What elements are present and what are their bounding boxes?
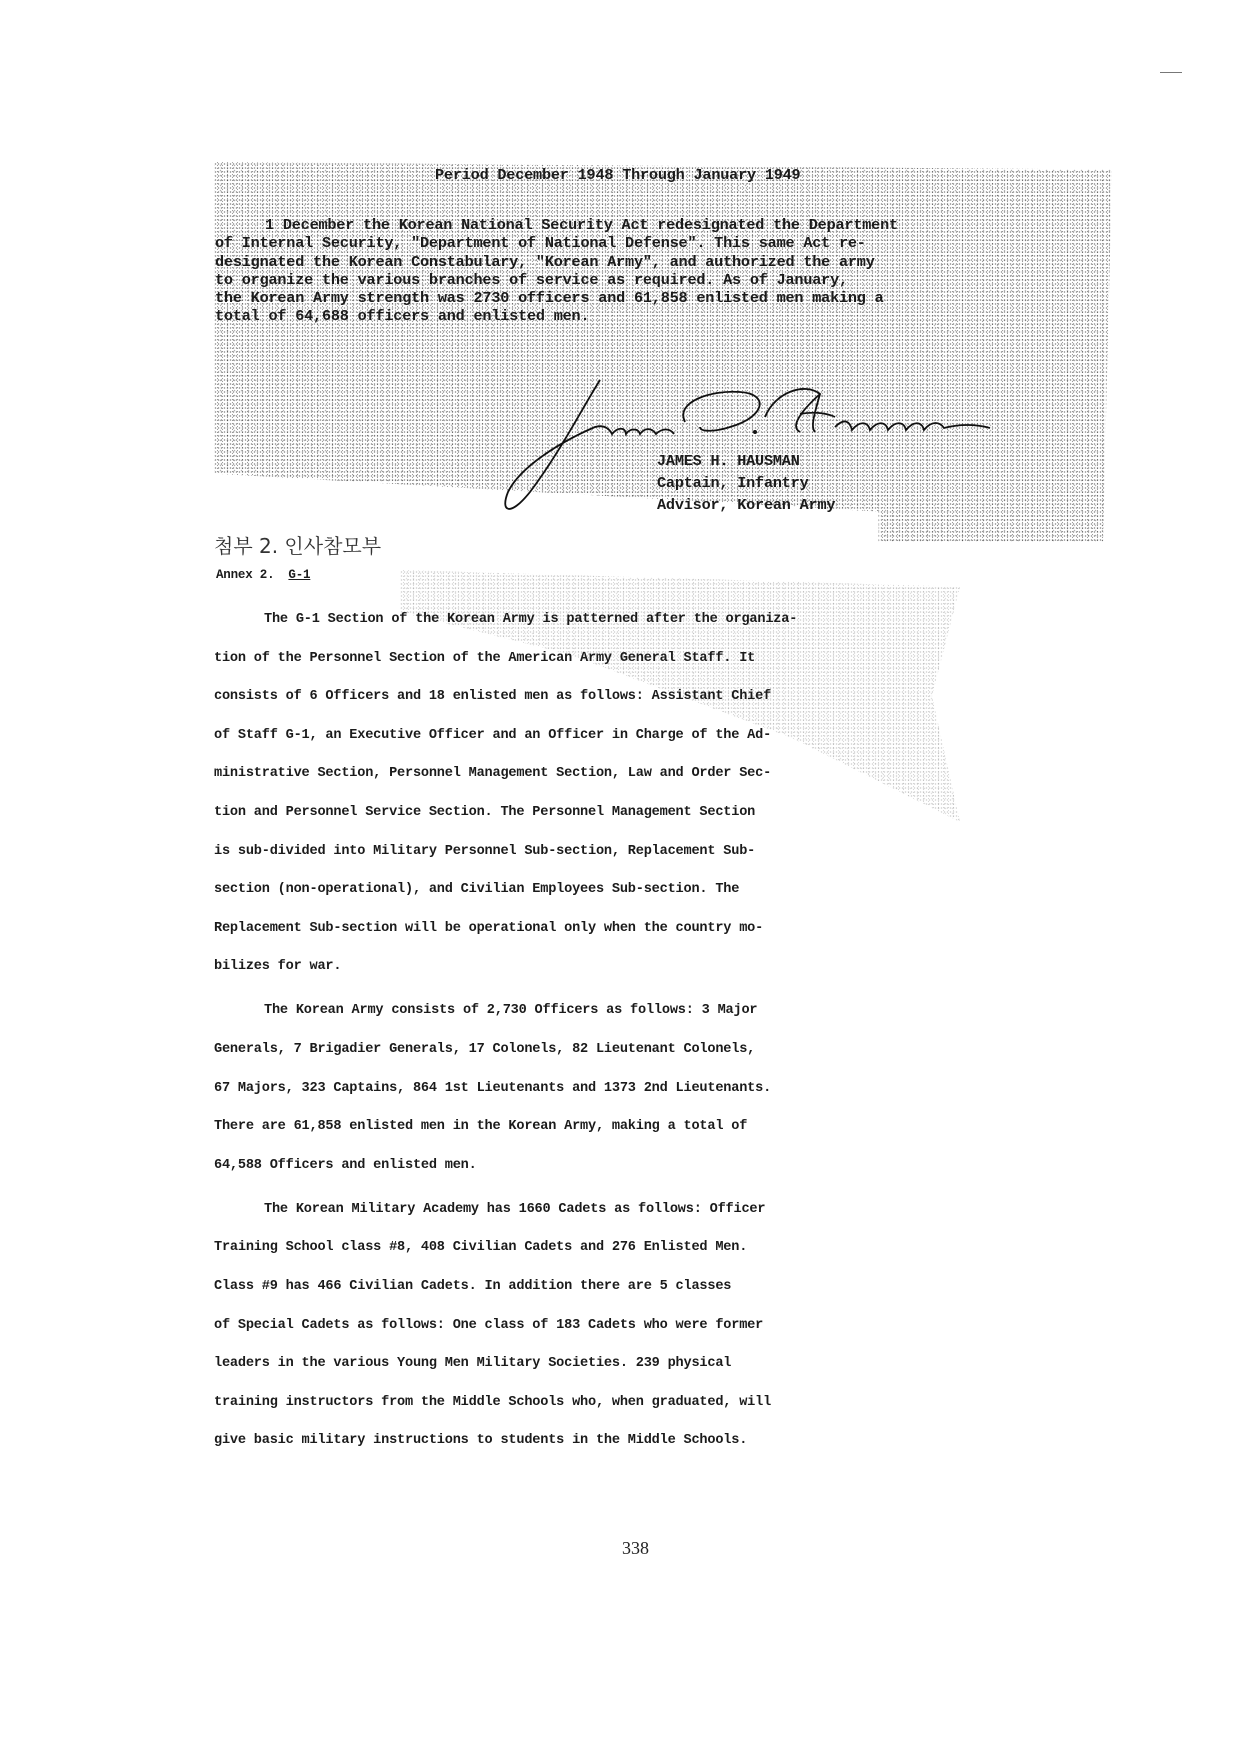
body-line: Training School class #8, 408 Civilian C… [214, 1234, 934, 1273]
body-line: The Korean Army consists of 2,730 Office… [214, 997, 934, 1036]
body-line: give basic military instructions to stud… [214, 1427, 934, 1466]
body-line: Replacement Sub-section will be operatio… [214, 915, 934, 954]
signatory-position: Advisor, Korean Army [657, 494, 835, 516]
body-line: training instructors from the Middle Sch… [214, 1389, 934, 1428]
signature-block: JAMES H. HAUSMAN Captain, Infantry Advis… [657, 450, 835, 516]
annex-label: Annex 2.G-1 [216, 568, 310, 582]
paragraph-line: 1 December the Korean National Security … [215, 216, 1115, 234]
period-paragraph: 1 December the Korean National Security … [215, 216, 1115, 326]
body-line: There are 61,858 enlisted men in the Kor… [214, 1113, 934, 1152]
annex-number: Annex 2. [216, 568, 274, 582]
annex-section-g1: G-1 [288, 568, 310, 582]
document-page: Period December 1948 Through January 194… [0, 0, 1240, 1754]
body-line: Generals, 7 Brigadier Generals, 17 Colon… [214, 1036, 934, 1075]
scan-mark-dash [1160, 72, 1182, 73]
paragraph-line: of Internal Security, "Department of Nat… [215, 234, 1115, 252]
signatory-name: JAMES H. HAUSMAN [657, 450, 835, 472]
body-line: Class #9 has 466 Civilian Cadets. In add… [214, 1273, 934, 1312]
body-line: The G-1 Section of the Korean Army is pa… [214, 606, 934, 645]
body-line: 67 Majors, 323 Captains, 864 1st Lieuten… [214, 1075, 934, 1114]
period-heading: Period December 1948 Through January 194… [435, 166, 800, 184]
paragraph-line: the Korean Army strength was 2730 office… [215, 289, 1115, 307]
signatory-rank: Captain, Infantry [657, 472, 835, 494]
body-line: is sub-divided into Military Personnel S… [214, 838, 934, 877]
body-line: consists of 6 Officers and 18 enlisted m… [214, 683, 934, 722]
body-line: 64,588 Officers and enlisted men. [214, 1152, 934, 1196]
korean-annex-heading: 첨부 2. 인사참모부 [214, 530, 381, 559]
body-line: The Korean Military Academy has 1660 Cad… [214, 1196, 934, 1235]
body-line: ministrative Section, Personnel Manageme… [214, 760, 934, 799]
body-line: bilizes for war. [214, 953, 934, 997]
body-line: tion of the Personnel Section of the Ame… [214, 645, 934, 684]
page-number: 338 [622, 1538, 649, 1559]
annex-body: The G-1 Section of the Korean Army is pa… [214, 606, 934, 1466]
body-line: leaders in the various Young Men Militar… [214, 1350, 934, 1389]
body-line: of Staff G-1, an Executive Officer and a… [214, 722, 934, 761]
paragraph-line: to organize the various branches of serv… [215, 271, 1115, 289]
paragraph-line: designated the Korean Constabulary, "Kor… [215, 253, 1115, 271]
body-line: tion and Personnel Service Section. The … [214, 799, 934, 838]
body-line: section (non-operational), and Civilian … [214, 876, 934, 915]
paragraph-line: total of 64,688 officers and enlisted me… [215, 307, 1115, 325]
body-line: of Special Cadets as follows: One class … [214, 1312, 934, 1351]
